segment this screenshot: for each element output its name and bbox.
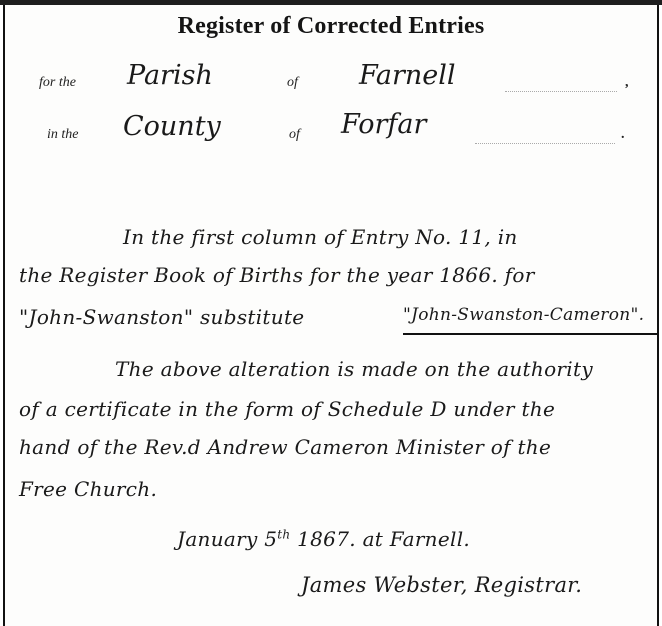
body-line-5: of a certificate in the form of Schedule… xyxy=(19,397,555,421)
for-the-label: for the xyxy=(39,75,76,91)
body-line-1: In the first column of Entry No. 11, in xyxy=(123,225,518,249)
of-label-2: of xyxy=(289,127,300,143)
parish-field: Parish xyxy=(127,60,213,91)
of-label-1: of xyxy=(287,75,298,91)
body-line-4: The above alteration is made on the auth… xyxy=(115,357,593,381)
page-title: Register of Corrected Entries xyxy=(5,13,657,40)
body-line-3: "John-Swanston" substitute xyxy=(19,305,304,329)
date-day: 5 xyxy=(264,527,277,551)
register-page: Register of Corrected Entries for the Pa… xyxy=(3,5,659,626)
dotted-leader-2 xyxy=(475,143,615,144)
county-name: Forfar xyxy=(341,109,426,140)
body-line-7: Free Church. xyxy=(19,477,157,501)
comma-mark: , xyxy=(625,75,629,91)
body-line-6: hand of the Rev.d Andrew Cameron Ministe… xyxy=(19,435,551,459)
in-the-label: in the xyxy=(47,127,79,143)
body-line-2: the Register Book of Births for the year… xyxy=(19,263,535,287)
date-place: at Farnell. xyxy=(363,527,471,551)
date-month: January xyxy=(177,527,258,551)
registrar-signature: James Webster, Registrar. xyxy=(301,573,582,597)
date-year: 1867. xyxy=(297,527,356,551)
parish-name: Farnell xyxy=(359,60,456,91)
county-field: County xyxy=(123,111,221,142)
substituted-name: "John-Swanston-Cameron". xyxy=(403,305,644,325)
date-day-suffix: th xyxy=(277,527,290,541)
substituted-name-underline xyxy=(403,333,657,335)
dotted-leader-1 xyxy=(505,91,617,92)
period-mark: . xyxy=(621,127,625,143)
date-line: January 5th 1867. at Farnell. xyxy=(177,527,470,551)
